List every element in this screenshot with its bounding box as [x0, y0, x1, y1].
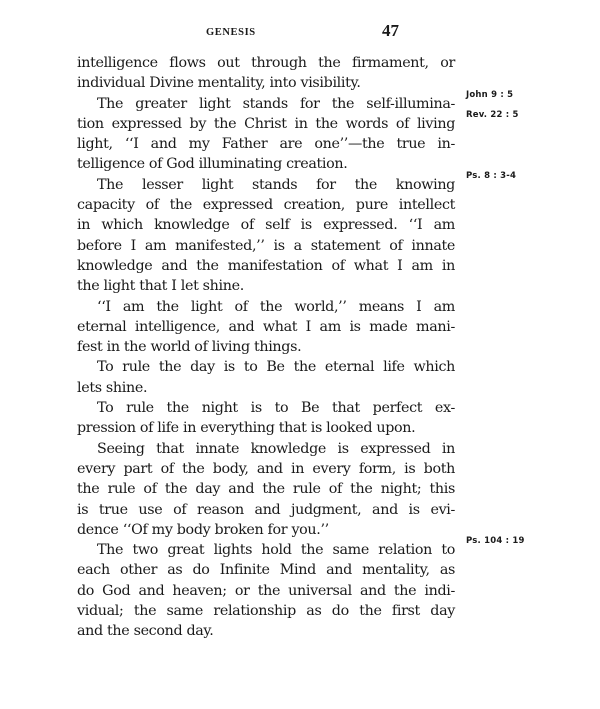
scripture-reference: Ps. 104 : 19: [466, 536, 525, 546]
text-line: knowledge and the manifestation of what …: [77, 256, 455, 276]
text-line: lets shine.: [77, 378, 455, 398]
text-line: do God and heaven; or the universal and …: [77, 581, 455, 601]
text-line: fest in the world of living things.: [77, 337, 455, 357]
text-line: dence ‘‘Of my body broken for you.’’: [77, 520, 455, 540]
text-line: The greater light stands for the self-il…: [77, 94, 455, 114]
text-line: light, ‘‘I and my Father are one’’—the t…: [77, 134, 455, 154]
text-line: The two great lights hold the same relat…: [77, 540, 455, 560]
text-line: is true use of reason and judgment, and …: [77, 500, 455, 520]
body-text: intelligence flows out through the firma…: [77, 53, 455, 642]
text-line: intelligence flows out through the firma…: [77, 53, 455, 73]
scripture-reference: Rev. 22 : 5: [466, 110, 519, 120]
text-line: The lesser light stands for the knowing: [77, 175, 455, 195]
text-line: pression of life in everything that is l…: [77, 418, 455, 438]
text-line: the light that I let shine.: [77, 276, 455, 296]
text-line: each other as do Infinite Mind and menta…: [77, 560, 455, 580]
text-line: the rule of the day and the rule of the …: [77, 479, 455, 499]
running-head: GENESIS 47: [0, 21, 600, 41]
text-line: in which knowledge of self is expressed.…: [77, 215, 455, 235]
scripture-reference: John 9 : 5: [466, 90, 513, 100]
text-line: telligence of God illuminating creation.: [77, 154, 455, 174]
text-line: before I am manifested,’’ is a statement…: [77, 236, 455, 256]
chapter-title: GENESIS: [206, 27, 256, 38]
text-line: To rule the day is to Be the eternal lif…: [77, 357, 455, 377]
text-line: every part of the body, and in every for…: [77, 459, 455, 479]
page-number: 47: [382, 21, 399, 41]
text-line: and the second day.: [77, 621, 455, 641]
text-line: capacity of the expressed creation, pure…: [77, 195, 455, 215]
text-line: Seeing that innate knowledge is expresse…: [77, 439, 455, 459]
scripture-reference: Ps. 8 : 3-4: [466, 171, 516, 181]
text-line: To rule the night is to Be that perfect …: [77, 398, 455, 418]
text-line: tion expressed by the Christ in the word…: [77, 114, 455, 134]
book-page: GENESIS 47 intelligence flows out throug…: [0, 0, 600, 709]
text-line: ‘‘I am the light of the world,’’ means I…: [77, 297, 455, 317]
text-line: vidual; the same relationship as do the …: [77, 601, 455, 621]
text-line: eternal intelligence, and what I am is m…: [77, 317, 455, 337]
text-line: individual Divine mentality, into visibi…: [77, 73, 455, 93]
